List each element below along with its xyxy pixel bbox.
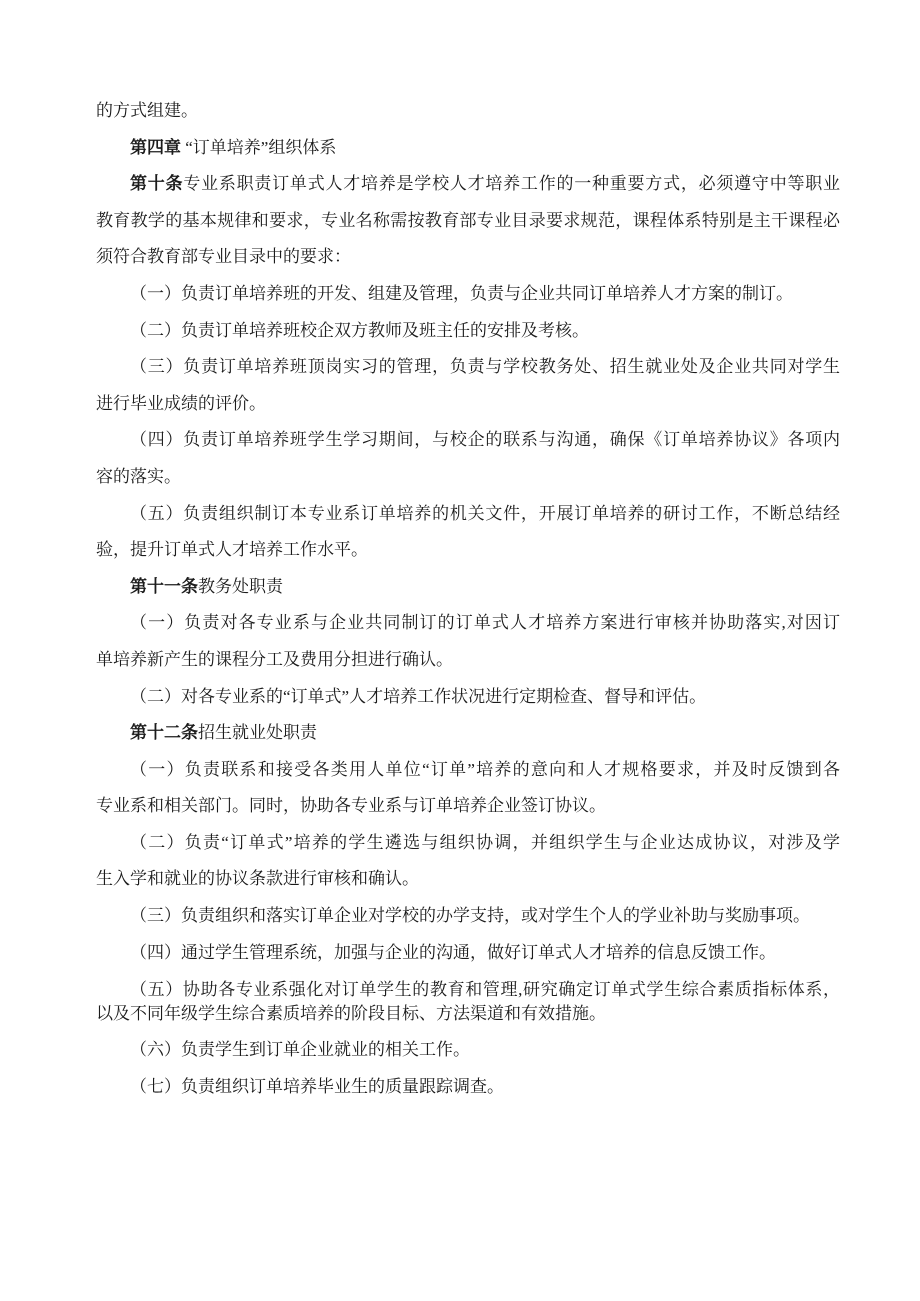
text-line: （二）负责订单培养班校企双方教师及班主任的安排及考核。 xyxy=(96,313,840,350)
paragraph: 第四章 “订单培养”组织体系 xyxy=(96,130,840,167)
paragraph: （五）负责组织制订本专业系订单培养的机关文件，开展订单培养的研讨工作，不断总结经… xyxy=(96,496,840,569)
text-line: 的方式组建。 xyxy=(96,93,840,130)
paragraph: （六）负责学生到订单企业就业的相关工作。 xyxy=(96,1032,840,1069)
paragraph: （三）负责订单培养班顶岗实习的管理，负责与学校教务处、招生就业处及企业共同对学生… xyxy=(96,349,840,422)
paragraph: （五）协助各专业系强化对订单学生的教育和管理,研究确定订单式学生综合素质指标体系… xyxy=(96,978,840,1026)
text-line: 教育教学的基本规律和要求，专业名称需按教育部专业目录要求规范，课程体系特别是主干… xyxy=(96,203,840,240)
paragraph: 第十条专业系职责订单式人才培养是学校人才培养工作的一种重要方式，必须遵守中等职业… xyxy=(96,166,840,276)
article-number: 第四章 xyxy=(130,138,181,157)
text-line: 须符合教育部专业目录中的要求： xyxy=(96,239,840,276)
article-number: 第十一条 xyxy=(130,577,198,596)
paragraph: （一）负责联系和接受各类用人单位“订单”培养的意向和人才规格要求，并及时反馈到各… xyxy=(96,752,840,825)
text-line: 第十一条教务处职责 xyxy=(96,569,840,606)
text-line: （四）通过学生管理系统，加强与企业的沟通，做好订单式人才培养的信息反馈工作。 xyxy=(96,935,840,972)
paragraph: 第十二条招生就业处职责 xyxy=(96,715,840,752)
text-line: 单培养新产生的课程分工及费用分担进行确认。 xyxy=(96,642,840,679)
paragraph: （四）负责订单培养班学生学习期间，与校企的联系与沟通，确保《订单培养协议》各项内… xyxy=(96,422,840,495)
paragraph: （二）对各专业系的“订单式”人才培养工作状况进行定期检查、督导和评估。 xyxy=(96,679,840,716)
text-line: （五）协助各专业系强化对订单学生的教育和管理,研究确定订单式学生综合素质指标体系… xyxy=(96,978,840,1002)
document-page: 的方式组建。 第四章 “订单培养”组织体系 第十条专业系职责订单式人才培养是学校… xyxy=(96,93,840,1105)
text-line: （五）负责组织制订本专业系订单培养的机关文件，开展订单培养的研讨工作，不断总结经 xyxy=(96,496,840,533)
text-line: （二）负责“订单式”培养的学生遴选与组织协调，并组织学生与企业达成协议，对涉及学 xyxy=(96,825,840,862)
text-line: （七）负责组织订单培养毕业生的质量跟踪调查。 xyxy=(96,1069,840,1106)
text-line: （六）负责学生到订单企业就业的相关工作。 xyxy=(96,1032,840,1069)
text-line: （三）负责订单培养班顶岗实习的管理，负责与学校教务处、招生就业处及企业共同对学生 xyxy=(96,349,840,386)
text-line: （一）负责订单培养班的开发、组建及管理，负责与企业共同订单培养人才方案的制订。 xyxy=(96,276,840,313)
paragraph: 的方式组建。 xyxy=(96,93,840,130)
paragraph: （四）通过学生管理系统，加强与企业的沟通，做好订单式人才培养的信息反馈工作。 xyxy=(96,935,840,972)
text-line: （四）负责订单培养班学生学习期间，与校企的联系与沟通，确保《订单培养协议》各项内 xyxy=(96,422,840,459)
text-line: 专业系和相关部门。同时，协助各专业系与订单培养企业签订协议。 xyxy=(96,788,840,825)
text-line: 容的落实。 xyxy=(96,459,840,496)
paragraph: 第十一条教务处职责 xyxy=(96,569,840,606)
text-line: 第十二条招生就业处职责 xyxy=(96,715,840,752)
paragraph: （二）负责订单培养班校企双方教师及班主任的安排及考核。 xyxy=(96,313,840,350)
document-body: 的方式组建。 第四章 “订单培养”组织体系 第十条专业系职责订单式人才培养是学校… xyxy=(96,93,840,1105)
paragraph: （一）负责对各专业系与企业共同制订的订单式人才培养方案进行审核并协助落实,对因订… xyxy=(96,605,840,678)
paragraph: （一）负责订单培养班的开发、组建及管理，负责与企业共同订单培养人才方案的制订。 xyxy=(96,276,840,313)
text-line: 第四章 “订单培养”组织体系 xyxy=(96,130,840,167)
text-line: （三）负责组织和落实订单企业对学校的办学支持，或对学生个人的学业补助与奖励事项。 xyxy=(96,898,840,935)
text-line: （一）负责联系和接受各类用人单位“订单”培养的意向和人才规格要求，并及时反馈到各 xyxy=(96,752,840,789)
text-line: 进行毕业成绩的评价。 xyxy=(96,386,840,423)
article-number: 第十二条 xyxy=(130,723,198,742)
text-line: 验，提升订单式人才培养工作水平。 xyxy=(96,532,840,569)
text-line: （二）对各专业系的“订单式”人才培养工作状况进行定期检查、督导和评估。 xyxy=(96,679,840,716)
text-line: 生入学和就业的协议条款进行审核和确认。 xyxy=(96,861,840,898)
text-line: 以及不同年级学生综合素质培养的阶段目标、方法渠道和有效措施。 xyxy=(96,1002,840,1026)
paragraph: （七）负责组织订单培养毕业生的质量跟踪调查。 xyxy=(96,1069,840,1106)
text-line: （一）负责对各专业系与企业共同制订的订单式人才培养方案进行审核并协助落实,对因订 xyxy=(96,605,840,642)
paragraph: （二）负责“订单式”培养的学生遴选与组织协调，并组织学生与企业达成协议，对涉及学… xyxy=(96,825,840,898)
article-number: 第十条 xyxy=(130,174,183,193)
paragraph: （三）负责组织和落实订单企业对学校的办学支持，或对学生个人的学业补助与奖励事项。 xyxy=(96,898,840,935)
text-line: 第十条专业系职责订单式人才培养是学校人才培养工作的一种重要方式，必须遵守中等职业 xyxy=(96,166,840,203)
